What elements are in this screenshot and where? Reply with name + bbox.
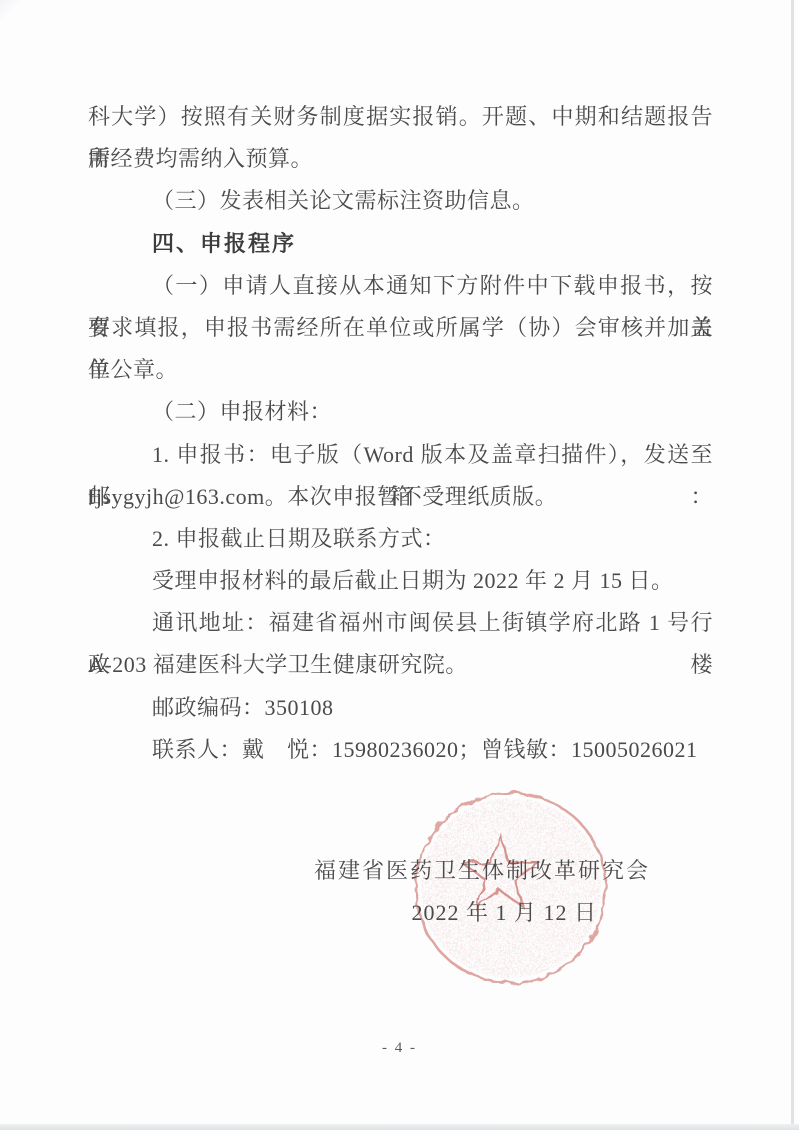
scan-corner-shading: [0, 0, 70, 60]
signature-organization: 福建省医药卫生体制改革研究会: [0, 850, 799, 892]
deadline-line: 受理申报材料的最后截止日期为 2022 年 2 月 15 日。: [88, 560, 713, 602]
scanned-document-page: 科大学）按照有关财务制度据实报销。开题、中期和结题报告所 需经费均需纳入预算。 …: [0, 0, 799, 1130]
postal-code-line: 邮政编码：350108: [88, 687, 713, 729]
document-line: 1. 申报书：电子版（Word 版本及盖章扫描件），发送至邮箱：: [88, 434, 713, 476]
document-body: 科大学）按照有关财务制度据实报销。开题、中期和结题报告所 需经费均需纳入预算。 …: [88, 96, 713, 771]
document-line: （二）申报材料：: [88, 391, 713, 433]
page-number: - 4 -: [0, 1040, 799, 1057]
contact-line: 联系人：戴 悦：15980236020；曾钱敏：15005026021: [88, 729, 713, 771]
section-heading: 四、申报程序: [88, 223, 713, 265]
document-line: 需经费均需纳入预算。: [88, 138, 713, 180]
scan-edge-bottom: [0, 1124, 799, 1130]
signature-date: 2022 年 1 月 12 日: [0, 892, 799, 934]
scan-edge-right: [791, 0, 794, 1130]
address-line: 通讯地址：福建省福州市闽侯县上街镇学府北路 1 号行政楼: [88, 602, 713, 644]
document-line: 科大学）按照有关财务制度据实报销。开题、中期和结题报告所: [88, 96, 713, 138]
document-line: 2. 申报截止日期及联系方式：: [88, 518, 713, 560]
document-line: 位公章。: [88, 349, 713, 391]
document-line: （一）申请人直接从本通知下方附件中下载申报书，按有关: [88, 265, 713, 307]
document-line: （三）发表相关论文需标注资助信息。: [88, 180, 713, 222]
document-line: 要求填报，申报书需经所在单位或所属学（协）会审核并加盖单: [88, 307, 713, 349]
